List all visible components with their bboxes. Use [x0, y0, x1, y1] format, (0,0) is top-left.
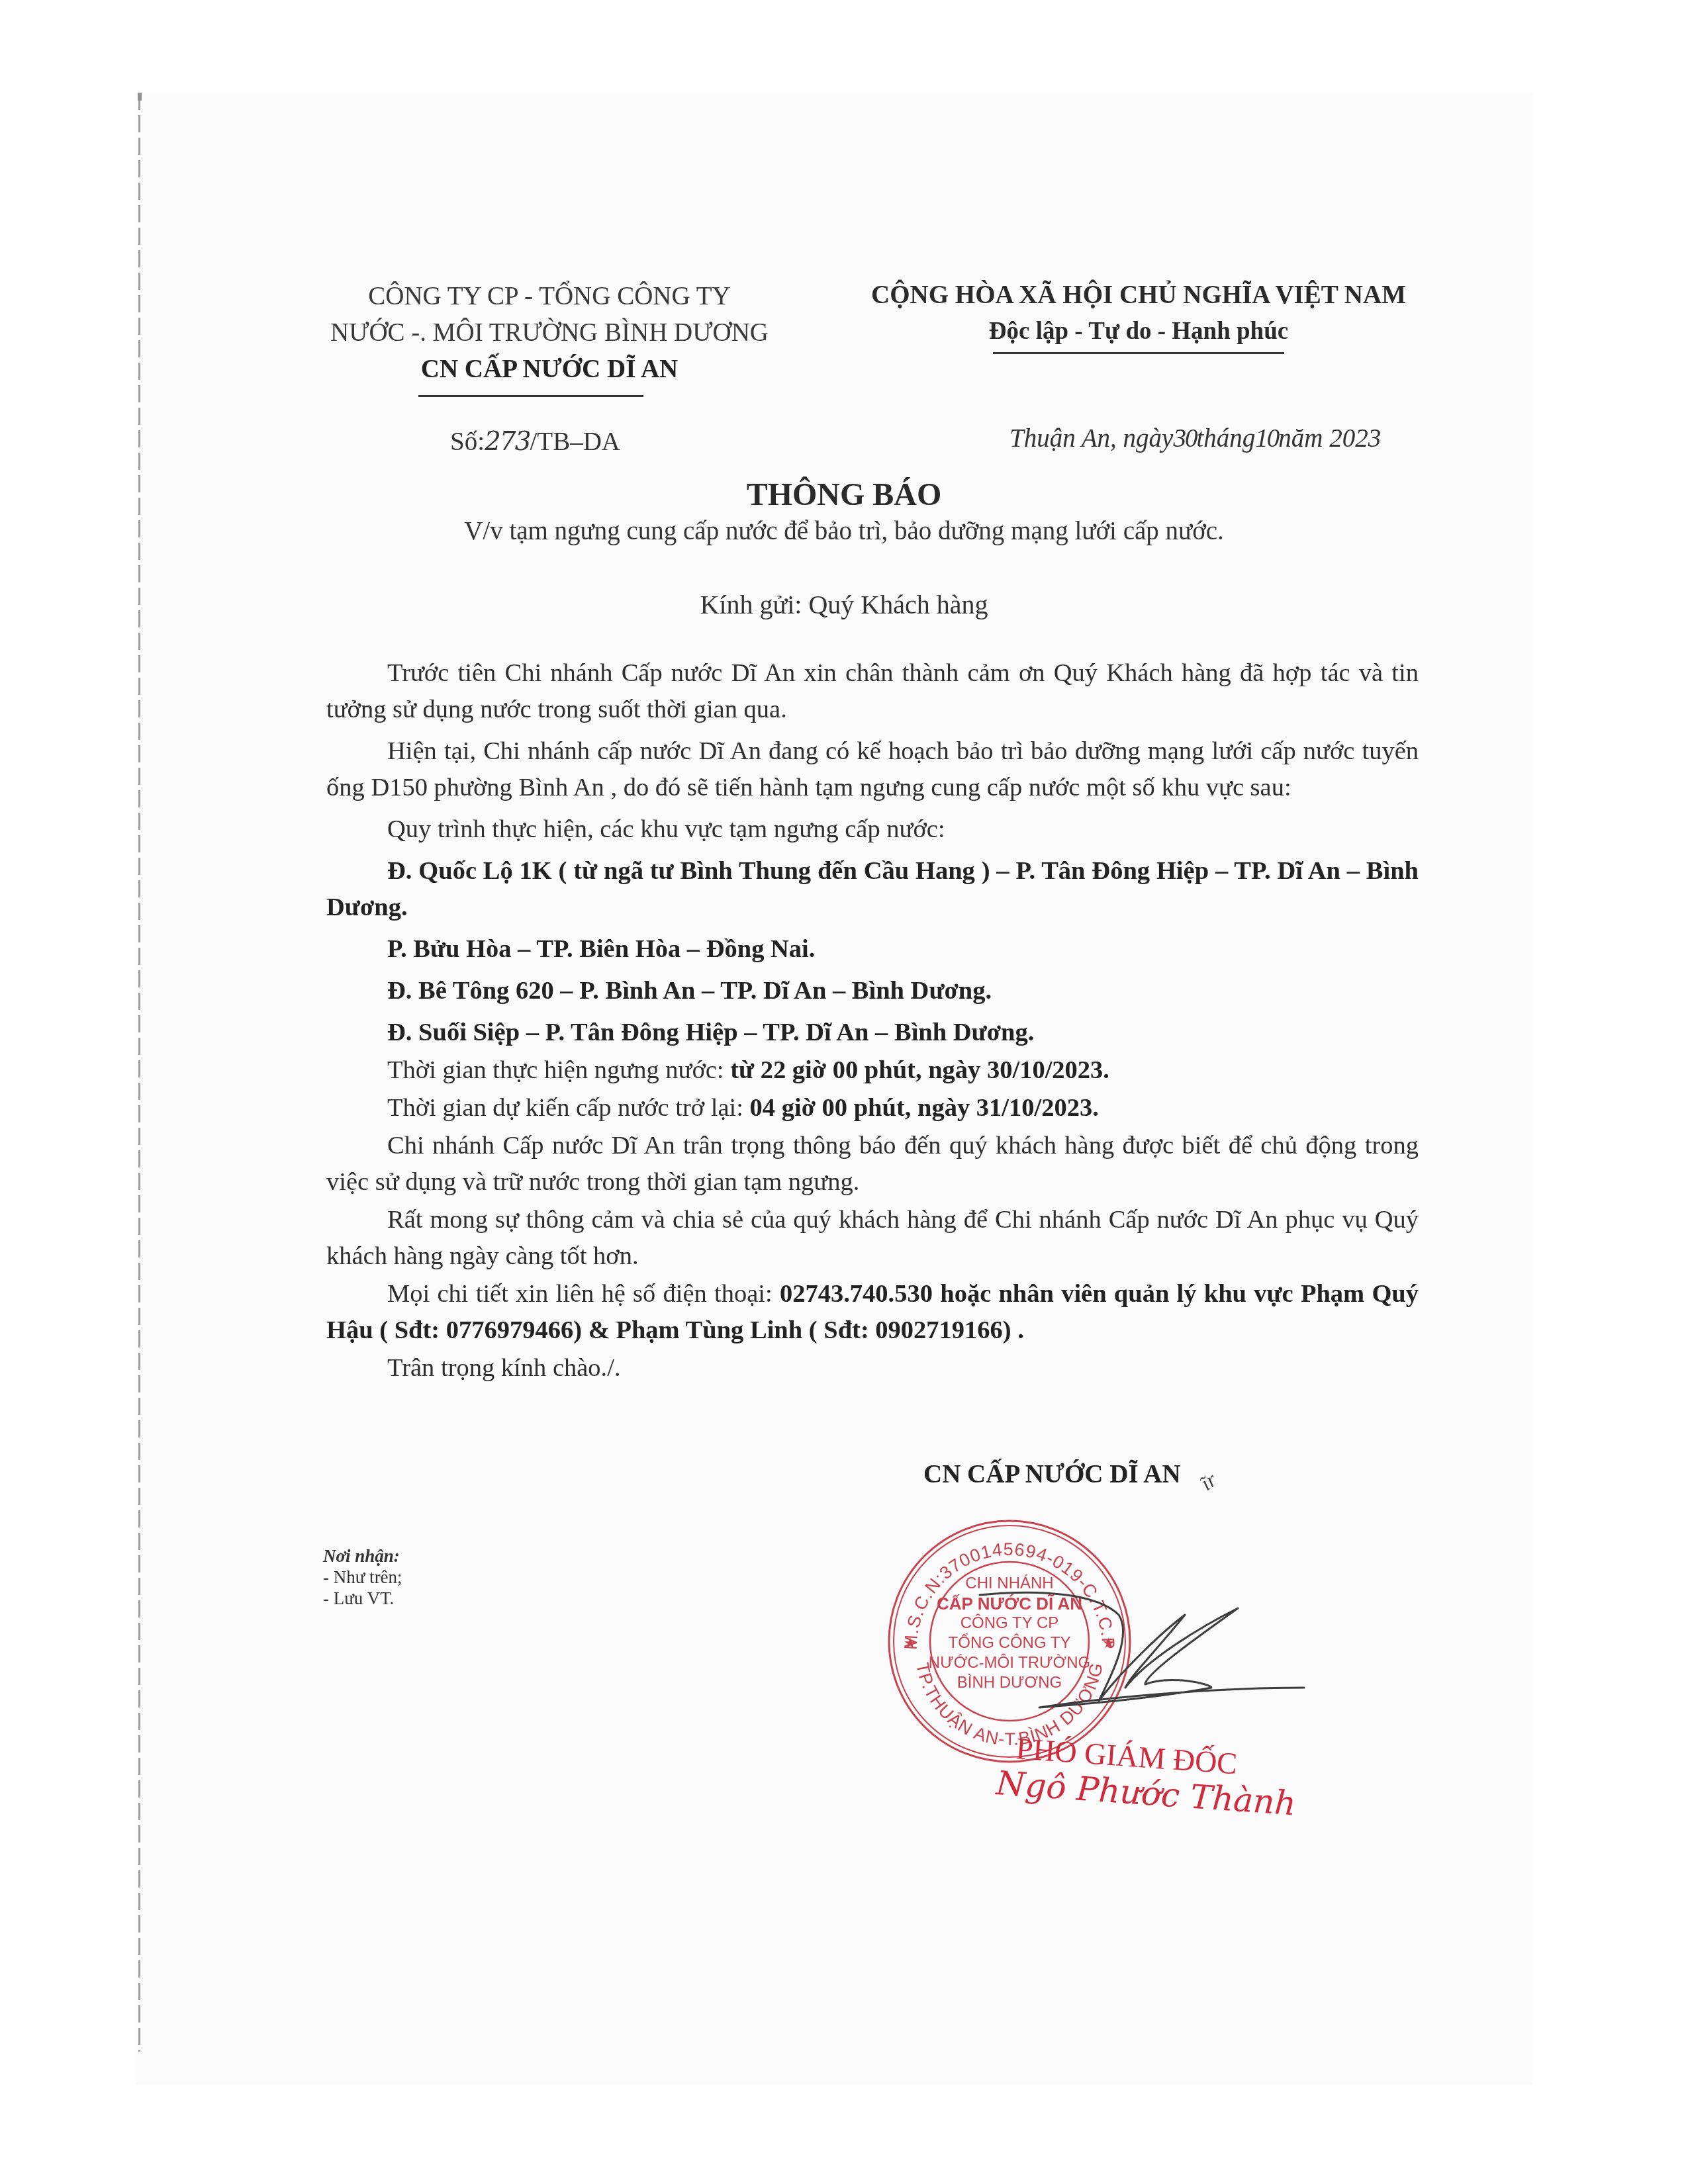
area-item: P. Bửu Hòa – TP. Biên Hòa – Đồng Nai. [326, 931, 1419, 968]
nation-name: CỘNG HÒA XÃ HỘI CHỦ NGHĨA VIỆT NAM [834, 277, 1443, 313]
paragraph-plan: Hiện tại, Chi nhánh cấp nước Dĩ An đang … [326, 733, 1419, 806]
resume-time-value: 04 giờ 00 phút, ngày 31/10/2023. [750, 1094, 1099, 1122]
paragraph-contact: Mọi chi tiết xin liên hệ số điện thoại: … [326, 1276, 1419, 1349]
area-item: Đ. Bê Tông 620 – P. Bình An – TP. Dĩ An … [326, 973, 1419, 1009]
recipient-item: - Lưu VT. [323, 1588, 402, 1609]
doc-number-handwritten: 273 [485, 427, 530, 457]
date-month-label: tháng [1196, 424, 1255, 453]
stop-time-label: Thời gian thực hiện ngưng nước: [387, 1056, 730, 1084]
date-year: năm 2023 [1278, 424, 1381, 453]
paragraph-thanks: Trước tiên Chi nhánh Cấp nước Dĩ An xin … [326, 655, 1419, 728]
resume-time-label: Thời gian dự kiến cấp nước trở lại: [387, 1094, 750, 1122]
area-item: Đ. Suối Siệp – P. Tân Đông Hiệp – TP. Dĩ… [326, 1015, 1419, 1051]
date-month: 10 [1255, 424, 1278, 453]
issuer-branch: CN CẤP NƯỚC DĨ AN [298, 351, 801, 387]
issuer-line-2: NƯỚC -. MÔI TRƯỜNG BÌNH DƯƠNG [298, 314, 801, 351]
recipient-item: - Như trên; [323, 1567, 402, 1588]
issuer-underline [418, 395, 643, 397]
scan-margin-line [138, 93, 140, 2052]
resume-time: Thời gian dự kiến cấp nước trở lại: 04 g… [326, 1090, 1419, 1126]
motto-underline [993, 352, 1284, 354]
document-number: Số:273/TB–DA [450, 427, 620, 457]
contact-label: Mọi chi tiết xin liên hệ số điện thoại: [387, 1280, 780, 1308]
date-place: Thuận An, ngày [1009, 424, 1173, 453]
document-title: THÔNG BÁO [0, 477, 1688, 513]
area-item: Đ. Quốc Lộ 1K ( từ ngã tư Bình Thung đến… [326, 853, 1419, 926]
national-motto: Độc lập - Tự do - Hạnh phúc [834, 313, 1443, 349]
signing-organization: CN CẤP NƯỚC DĨ AN [923, 1459, 1181, 1489]
issue-date: Thuận An, ngày30tháng10năm 2023 [1009, 424, 1381, 453]
recipients-heading: Nơi nhận: [323, 1545, 402, 1567]
closing: Trân trọng kính chào./. [326, 1350, 1419, 1387]
recipients-block: Nơi nhận: - Như trên; - Lưu VT. [323, 1545, 402, 1609]
document-subject: V/v tạm ngưng cung cấp nước để bảo trì, … [0, 516, 1688, 546]
handwritten-signature-icon [880, 1522, 1317, 1721]
paragraph-sympathy: Rất mong sự thông cảm và chia sẻ của quý… [326, 1202, 1419, 1275]
notice-body: Trước tiên Chi nhánh Cấp nước Dĩ An xin … [326, 655, 1419, 1387]
greeting: Kính gửi: Quý Khách hàng [0, 589, 1688, 620]
national-header: CỘNG HÒA XÃ HỘI CHỦ NGHĨA VIỆT NAM Độc l… [834, 277, 1443, 349]
paragraph-procedure: Quy trình thực hiện, các khu vực tạm ngư… [326, 811, 1419, 848]
stop-time-value: từ 22 giờ 00 phút, ngày 30/10/2023. [730, 1056, 1109, 1084]
issuer-line-1: CÔNG TY CP - TỔNG CÔNG TY [298, 278, 801, 314]
date-day: 30 [1173, 424, 1196, 453]
doc-number-prefix: Số: [450, 428, 485, 456]
issuer-header: CÔNG TY CP - TỔNG CÔNG TY NƯỚC -. MÔI TR… [298, 278, 801, 387]
doc-number-suffix: /TB–DA [530, 428, 620, 456]
paragraph-notice: Chi nhánh Cấp nước Dĩ An trân trọng thôn… [326, 1128, 1419, 1201]
stop-time: Thời gian thực hiện ngưng nước: từ 22 gi… [326, 1052, 1419, 1089]
